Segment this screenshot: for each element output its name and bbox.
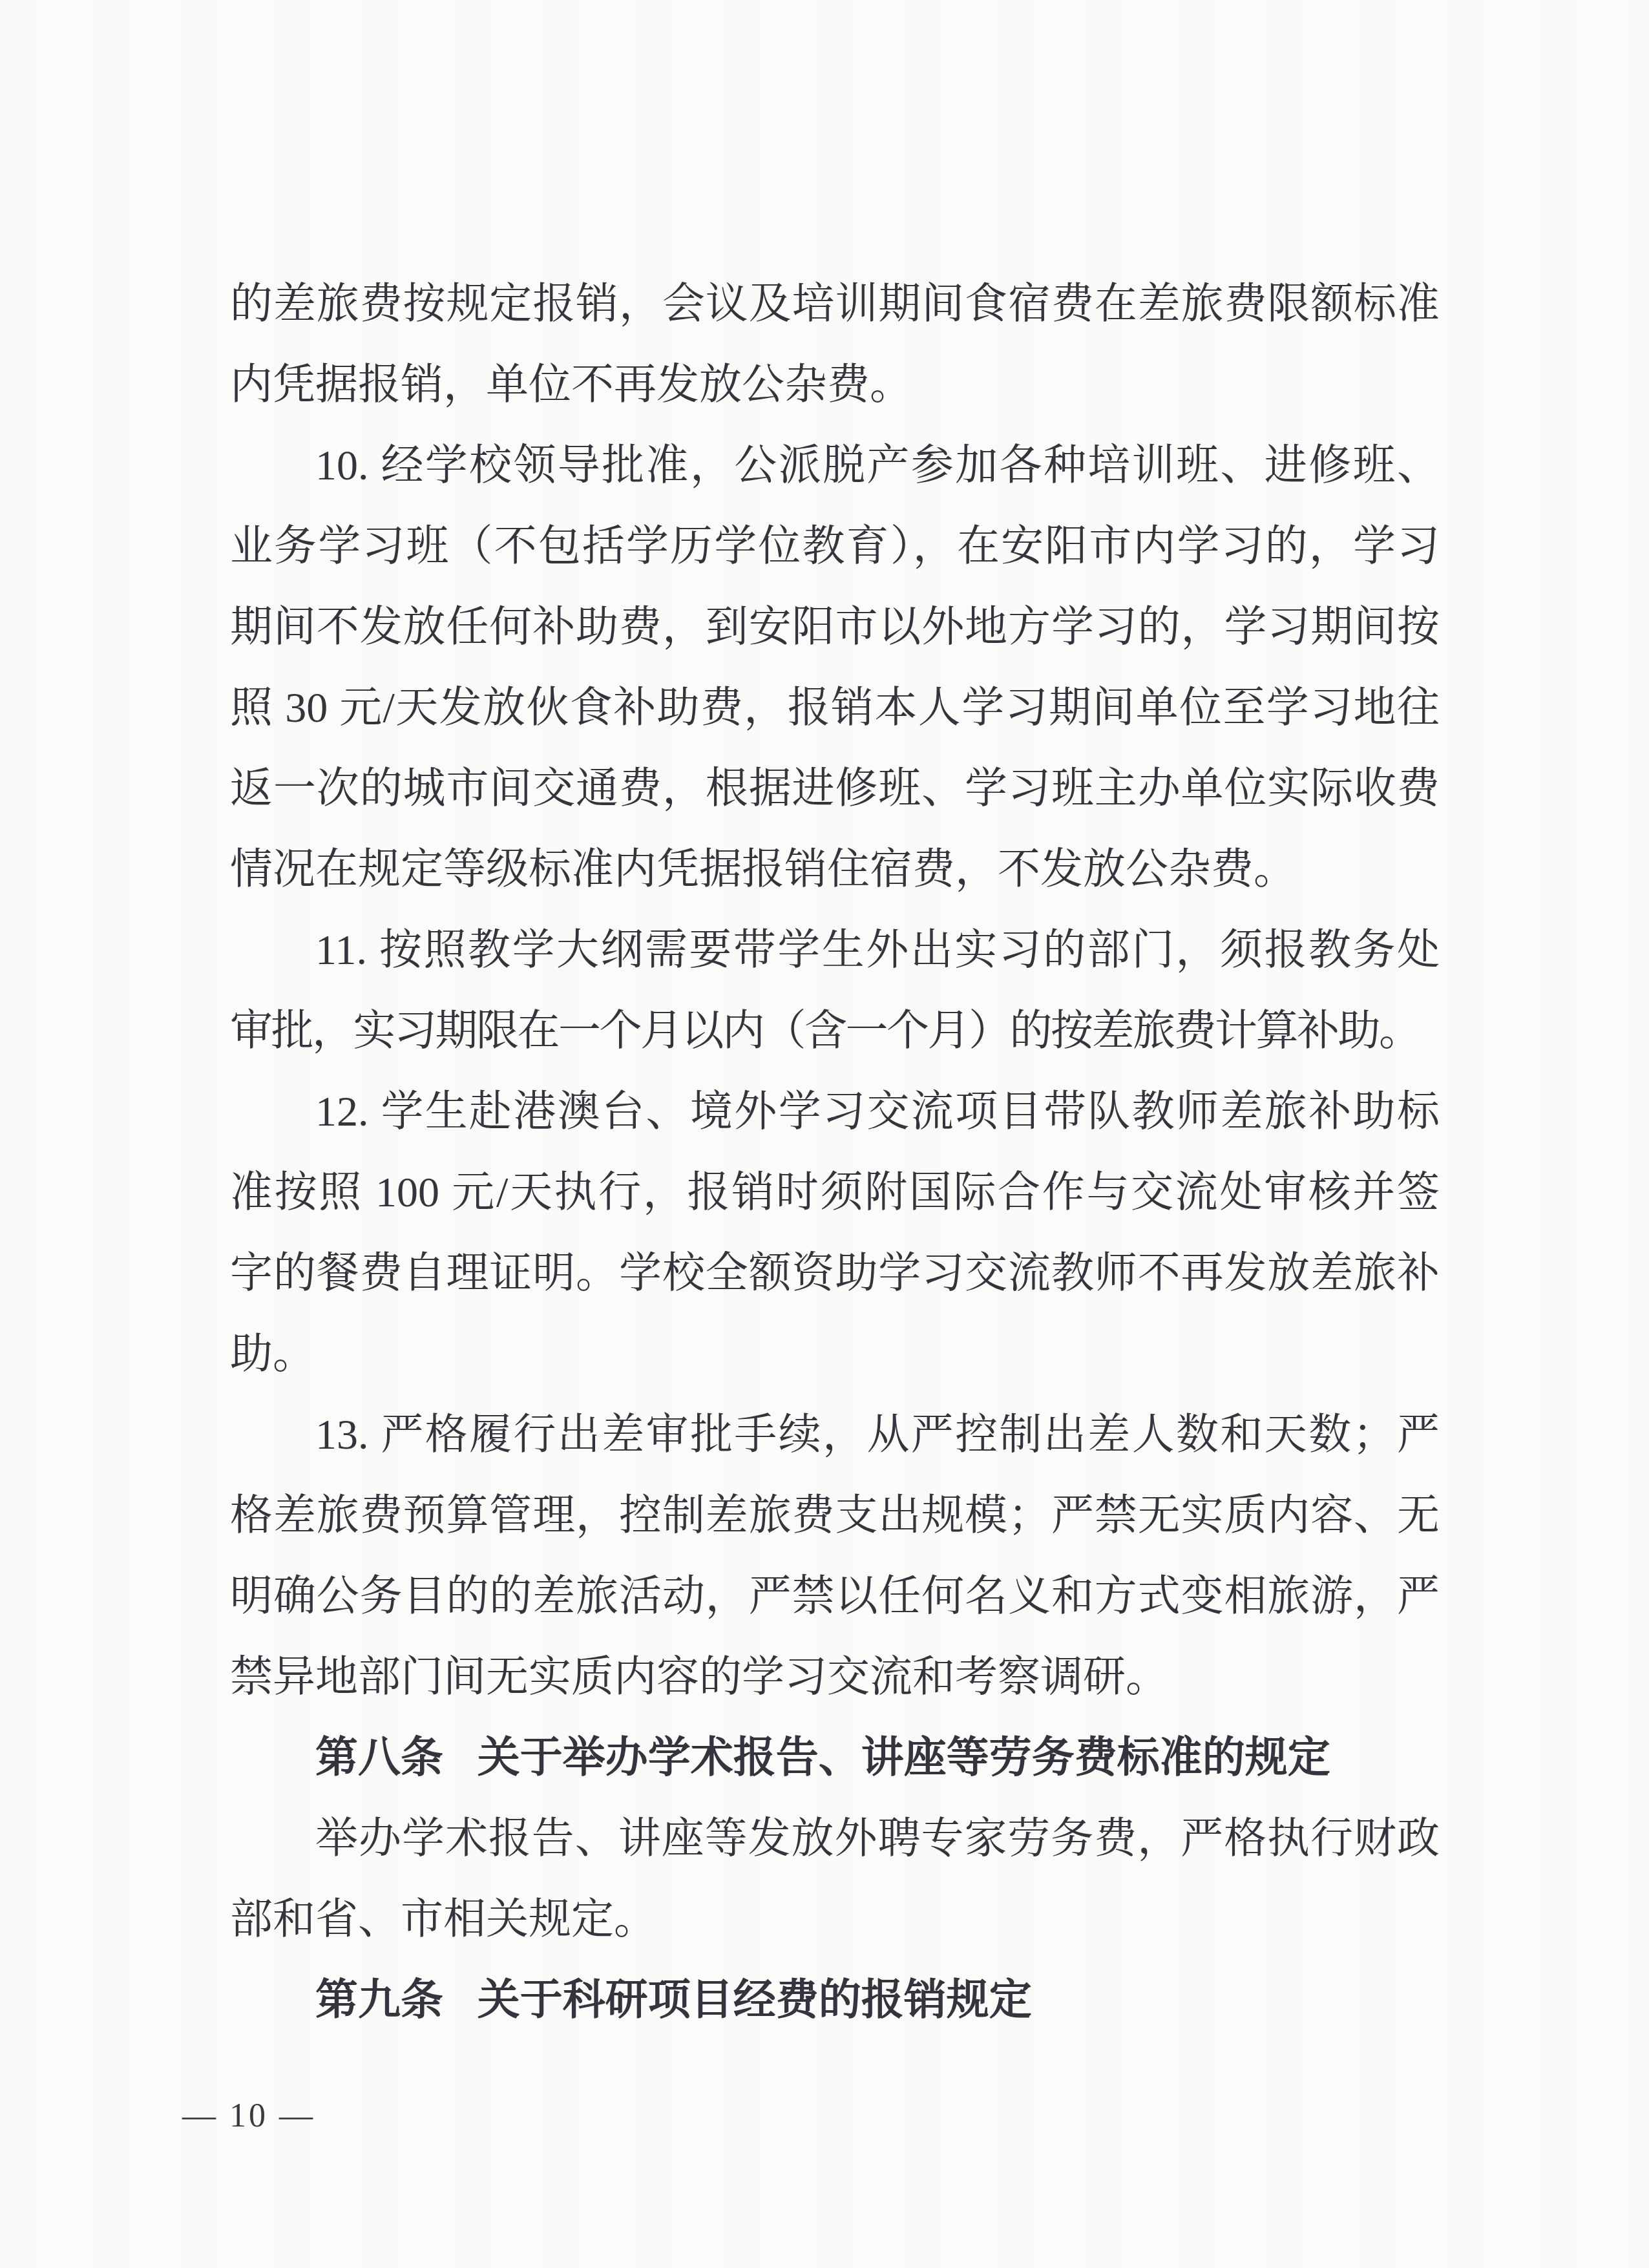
- document-body: 的差旅费按规定报销，会议及培训期间食宿费在差旅费限额标准 内凭据报销，单位不再发…: [230, 264, 1440, 2041]
- text-line: 审批，实习期限在一个月以内（含一个月）的按差旅费计算补助。: [230, 991, 1440, 1071]
- text-line: 明确公务目的的差旅活动，严禁以任何名义和方式变相旅游，严: [230, 1556, 1440, 1637]
- text-line: 的差旅费按规定报销，会议及培训期间食宿费在差旅费限额标准: [230, 264, 1440, 344]
- section-heading-label: 第九条: [315, 1977, 443, 2024]
- section-heading-article-9: 第九条关于科研项目经费的报销规定: [230, 1960, 1440, 2041]
- text-line: 字的餐费自理证明。学校全额资助学习交流教师不再发放差旅补: [230, 1233, 1440, 1314]
- section-heading-title: 关于举办学术报告、讲座等劳务费标准的规定: [478, 1734, 1330, 1781]
- text-line: 照 30 元/天发放伙食补助费，报销本人学习期间单位至学习地往: [230, 667, 1440, 748]
- text-line: 部和省、市相关规定。: [230, 1879, 1440, 1960]
- text-line: 情况在规定等级标准内凭据报销住宿费，不发放公杂费。: [230, 829, 1440, 910]
- text-line: 12. 学生赴港澳台、境外学习交流项目带队教师差旅补助标: [230, 1071, 1440, 1152]
- text-line: 举办学术报告、讲座等发放外聘专家劳务费，严格执行财政: [230, 1798, 1440, 1879]
- page-number: — 10 —: [182, 2094, 315, 2139]
- section-heading-label: 第八条: [315, 1734, 443, 1781]
- text-line: 准按照 100 元/天执行，报销时须附国际合作与交流处审核并签: [230, 1152, 1440, 1233]
- text-line: 13. 严格履行出差审批手续，从严控制出差人数和天数；严: [230, 1394, 1440, 1475]
- text-line: 10. 经学校领导批准，公派脱产参加各种培训班、进修班、: [230, 425, 1440, 506]
- text-line: 格差旅费预算管理，控制差旅费支出规模；严禁无实质内容、无: [230, 1475, 1440, 1556]
- section-heading-title: 关于科研项目经费的报销规定: [478, 1977, 1032, 2024]
- text-line: 业务学习班（不包括学历学位教育），在安阳市内学习的，学习: [230, 506, 1440, 587]
- text-line: 禁异地部门间无实质内容的学习交流和考察调研。: [230, 1637, 1440, 1717]
- text-line: 返一次的城市间交通费，根据进修班、学习班主办单位实际收费: [230, 748, 1440, 829]
- text-line: 11. 按照教学大纲需要带学生外出实习的部门，须报教务处: [230, 910, 1440, 991]
- text-line: 期间不发放任何补助费，到安阳市以外地方学习的，学习期间按: [230, 587, 1440, 667]
- text-line: 内凭据报销，单位不再发放公杂费。: [230, 344, 1440, 425]
- section-heading-article-8: 第八条关于举办学术报告、讲座等劳务费标准的规定: [230, 1717, 1440, 1798]
- text-line: 助。: [230, 1314, 1440, 1394]
- page: 的差旅费按规定报销，会议及培训期间食宿费在差旅费限额标准 内凭据报销，单位不再发…: [0, 0, 1649, 2268]
